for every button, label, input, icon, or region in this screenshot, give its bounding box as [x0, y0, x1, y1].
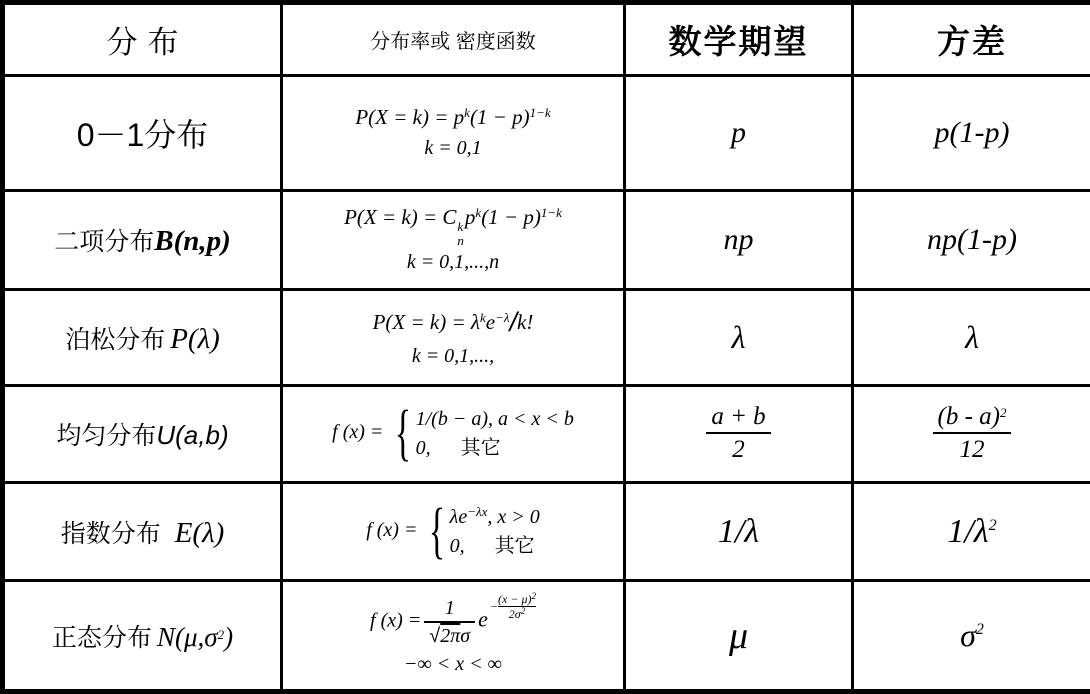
case-lines: λe−λx, x > 00,其它 — [450, 503, 540, 561]
distribution-name-label: 泊松分布 — [65, 326, 165, 354]
exponent-fraction: −(x − μ)22σ2 — [490, 592, 536, 623]
distribution-symbol: U(a,b) — [156, 420, 228, 450]
sigma-symbol: σ — [460, 625, 470, 647]
fraction-denominator: √2πσ — [424, 621, 475, 649]
expectation-value: μ — [729, 615, 748, 657]
fraction-numerator: 1 — [424, 596, 475, 621]
header-expectation: 数学期望 — [625, 3, 853, 76]
formula-lhs: f (x) = — [370, 610, 421, 632]
numerator-exponent: 2 — [531, 591, 536, 601]
formula-lhs: f (x) = — [332, 421, 383, 443]
expectation-cell: np — [625, 191, 853, 290]
case-2-zero: 0, — [450, 535, 465, 557]
formula-cell: f (x) = {λe−λx, x > 00,其它 — [282, 483, 625, 581]
case-1: λe−λx, x > 0 — [450, 503, 540, 532]
variance-value: λ — [965, 319, 979, 355]
expectation-value: λ — [732, 319, 746, 355]
support-line: k = 0,1 — [287, 133, 619, 163]
row-uniform: 均匀分布U(a,b) f (x) = {1/(b − a), a < x < b… — [3, 386, 1090, 483]
distribution-name-label: 正态分布 — [52, 624, 152, 652]
row-exponential: 指数分布E(λ) f (x) = {λe−λx, x > 00,其它 1/λ 1… — [3, 483, 1090, 581]
exponent-lambda: −λ — [495, 310, 509, 325]
variance-value: np(1-p) — [927, 223, 1017, 256]
header-pmf-pdf: 分布率或 密度函数 — [282, 3, 625, 76]
expectation-value: np — [724, 223, 754, 256]
expectation-cell: λ — [625, 290, 853, 386]
name-cell: 均匀分布U(a,b) — [3, 386, 282, 483]
case-2-otherwise: 其它 — [461, 437, 501, 459]
name-cell: 正态分布N(μ,σ2) — [3, 581, 282, 692]
variance-value: p(1-p) — [935, 116, 1010, 149]
case-1: 1/(b − a), a < x < b — [416, 405, 574, 434]
formula-text: (1 − p) — [481, 205, 541, 229]
expectation-fraction: a + b2 — [706, 401, 770, 467]
piecewise-cases: {λe−λx, x > 00,其它 — [422, 503, 540, 561]
formula-lhs: f (x) = — [366, 519, 417, 541]
formula-cell: P(X = k) = pk(1 − p)1−k k = 0,1 — [282, 76, 625, 191]
case-2-zero: 0, — [416, 437, 431, 459]
fraction-numerator: (b - a)2 — [933, 401, 1012, 432]
denominator-text: 2σ — [509, 607, 521, 621]
case-lines: 1/(b − a), a < x < b0,其它 — [416, 405, 574, 463]
radical-sign: √ — [429, 625, 440, 647]
distribution-symbol: N(μ,σ — [157, 622, 218, 652]
distribution-symbol: B(n,p) — [154, 225, 231, 257]
formula-text: (1 − p) — [470, 105, 530, 129]
formula-text: e — [486, 310, 495, 334]
variance-cell: np(1-p) — [853, 191, 1090, 290]
case-2-otherwise: 其它 — [495, 535, 535, 557]
distribution-symbol: P(λ) — [170, 323, 220, 355]
radical-argument: 2π — [440, 625, 460, 647]
formula-text: k! — [517, 310, 533, 334]
expectation-cell: a + b2 — [625, 386, 853, 483]
header-row: 分布 分布率或 密度函数 数学期望 方差 — [3, 3, 1090, 76]
expectation-value: p — [731, 116, 746, 149]
case-2: 0,其它 — [450, 532, 540, 561]
pmf-line: P(X = k) = pk(1 − p)1−k — [287, 103, 619, 132]
formula-cell: f (x) = {1/(b − a), a < x < b0,其它 — [282, 386, 625, 483]
formula-cell: P(X = k) = λke−λ/k! k = 0,1,..., — [282, 290, 625, 386]
variance-cell: λ — [853, 290, 1090, 386]
exponent-1-k: 1−k — [541, 205, 562, 220]
formula-text: P(X = k) = C — [344, 205, 456, 229]
coefficient-fraction: 1√2πσ — [424, 596, 475, 649]
variance-cell: (b - a)212 — [853, 386, 1090, 483]
small-numerator: (x − μ)2 — [498, 592, 536, 606]
distribution-name-label: 均匀分布 — [56, 422, 156, 450]
formula-text: P(X = k) = p — [355, 105, 464, 129]
variance-cell: p(1-p) — [853, 76, 1090, 191]
pdf-line: f (x) = {λe−λx, x > 00,其它 — [287, 503, 619, 561]
variance-cell: σ2 — [853, 581, 1090, 692]
fraction-denominator: 12 — [933, 432, 1012, 467]
small-fraction: (x − μ)22σ2 — [498, 592, 536, 623]
variance-fraction: (b - a)212 — [933, 401, 1012, 467]
formula-text: P(X = k) = λ — [373, 310, 480, 334]
exponent-minus: − — [490, 600, 498, 614]
distribution-name-label: 指数分布 — [61, 520, 161, 548]
left-brace: { — [429, 504, 445, 560]
denominator-exponent: 2 — [521, 606, 526, 616]
numerator-text: (x − μ) — [498, 592, 531, 606]
row-normal: 正态分布N(μ,σ2) f (x) =1√2πσe−(x − μ)22σ2 −∞… — [3, 581, 1090, 692]
formula-cell: P(X = k) = Cknpk(1 − p)1−k k = 0,1,...,n — [282, 191, 625, 290]
support-text: k = 0,1,..., — [412, 345, 494, 367]
numerator-text: (b - a) — [938, 403, 1000, 430]
fraction-denominator: 2 — [706, 432, 770, 467]
variance-exponent: 2 — [976, 621, 984, 638]
row-poisson: 泊松分布P(λ) P(X = k) = λke−λ/k! k = 0,1,...… — [3, 290, 1090, 386]
name-cell: 0－1分布 — [3, 76, 282, 191]
pdf-line: f (x) = {1/(b − a), a < x < b0,其它 — [287, 405, 619, 463]
name-cell: 指数分布E(λ) — [3, 483, 282, 581]
pmf-line: P(X = k) = Cknpk(1 − p)1−k — [287, 203, 619, 247]
numerator-exponent: 2 — [1000, 405, 1007, 420]
pmf-line: P(X = k) = λke−λ/k! — [287, 304, 619, 340]
support-line: k = 0,1,..., — [287, 341, 619, 371]
row-binomial: 二项分布B(n,p) P(X = k) = Cknpk(1 − p)1−k k … — [3, 191, 1090, 290]
e-base: e — [478, 607, 488, 632]
distribution-name-label: 二项分布 — [54, 228, 154, 256]
support-line: k = 0,1,...,n — [287, 247, 619, 277]
support-text: k = 0,1,...,n — [407, 251, 499, 273]
pdf-line: f (x) =1√2πσe−(x − μ)22σ2 — [287, 592, 619, 649]
support-text: k = 0,1 — [424, 137, 481, 159]
distribution-table: 分布 分布率或 密度函数 数学期望 方差 0－1分布 P(X = k) = pk… — [0, 0, 1090, 694]
case-1-expr: λe — [450, 506, 468, 528]
formula-text: p — [465, 205, 476, 229]
expectation-cell: p — [625, 76, 853, 191]
variance-value: σ — [960, 617, 976, 653]
exponent-1-k: 1−k — [530, 105, 551, 120]
name-cell: 二项分布B(n,p) — [3, 191, 282, 290]
small-denominator: 2σ2 — [498, 606, 536, 623]
combination-sub-sup: kn — [457, 220, 464, 247]
variance-cell: 1/λ2 — [853, 483, 1090, 581]
combination-sub: n — [457, 234, 464, 248]
combination-sup: k — [457, 220, 464, 234]
piecewise-cases: {1/(b − a), a < x < b0,其它 — [388, 405, 574, 463]
expectation-cell: 1/λ — [625, 483, 853, 581]
case-1-condition: , x > 0 — [487, 506, 539, 528]
support-text: −∞ < x < ∞ — [404, 653, 502, 675]
fraction-numerator: a + b — [706, 401, 770, 432]
left-brace: { — [395, 406, 411, 462]
distribution-symbol: E(λ) — [175, 517, 225, 549]
row-bernoulli: 0－1分布 P(X = k) = pk(1 − p)1−k k = 0,1 p … — [3, 76, 1090, 191]
case-1-exponent: −λx — [467, 504, 487, 519]
distribution-symbol-close: ) — [224, 622, 233, 652]
header-variance: 方差 — [853, 3, 1090, 76]
division-slash: / — [510, 307, 518, 337]
header-distribution: 分布 — [3, 3, 282, 76]
expectation-value: 1/λ — [718, 513, 759, 550]
distribution-name-label: 0－1分布 — [77, 117, 209, 153]
variance-exponent: 2 — [989, 517, 997, 534]
name-cell: 泊松分布P(λ) — [3, 290, 282, 386]
formula-cell: f (x) =1√2πσe−(x − μ)22σ2 −∞ < x < ∞ — [282, 581, 625, 692]
expectation-cell: μ — [625, 581, 853, 692]
case-2: 0,其它 — [416, 434, 574, 463]
support-line: −∞ < x < ∞ — [287, 649, 619, 679]
variance-value: 1/λ — [947, 513, 988, 550]
